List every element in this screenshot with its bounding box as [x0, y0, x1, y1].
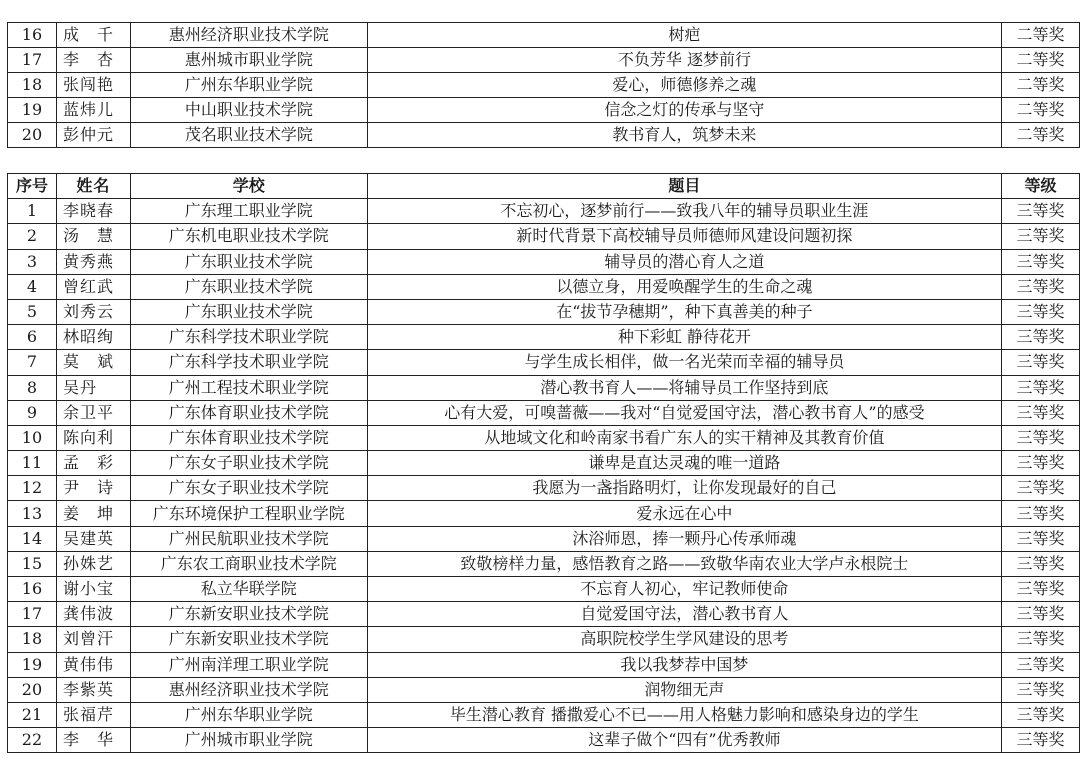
cell-title: 潜心教书育人——将辅导员工作坚持到底 — [367, 375, 1001, 400]
cell-school: 广东职业技术学院 — [130, 299, 367, 324]
cell-level: 三等奖 — [1002, 551, 1080, 576]
cell-no: 20 — [8, 123, 57, 148]
cell-level: 二等奖 — [1002, 48, 1080, 73]
cell-school: 广州城市职业学院 — [130, 728, 367, 753]
cell-name: 成 千 — [56, 23, 130, 48]
cell-school: 惠州经济职业技术学院 — [130, 677, 367, 702]
cell-title: 爱永远在心中 — [367, 501, 1001, 526]
cell-level: 三等奖 — [1002, 501, 1080, 526]
cell-school: 广东女子职业技术学院 — [130, 451, 367, 476]
table-row: 14吴建英广州民航职业技术学院沐浴师恩，捧一颗丹心传承师魂三等奖 — [8, 526, 1080, 551]
cell-no: 3 — [8, 249, 57, 274]
table-row: 11孟 彩广东女子职业技术学院谦卑是直达灵魂的唯一道路三等奖 — [8, 451, 1080, 476]
table-row: 15孙姝艺广东农工商职业技术学院致敬榜样力量，感悟教育之路——致敬华南农业大学卢… — [8, 551, 1080, 576]
cell-no: 8 — [8, 375, 57, 400]
cell-school: 广州东华职业学院 — [130, 702, 367, 727]
cell-name: 彭仲元 — [56, 123, 130, 148]
cell-no: 5 — [8, 299, 57, 324]
cell-name: 谢小宝 — [56, 577, 130, 602]
cell-school: 广州工程技术职业学院 — [130, 375, 367, 400]
cell-title: 新时代背景下高校辅导员师德师风建设问题初探 — [367, 224, 1001, 249]
cell-no: 17 — [8, 602, 57, 627]
cell-school: 茂名职业技术学院 — [130, 123, 367, 148]
cell-no: 13 — [8, 501, 57, 526]
cell-level: 三等奖 — [1002, 350, 1080, 375]
cell-title: 从地域文化和岭南家书看广东人的实干精神及其教育价值 — [367, 425, 1001, 450]
cell-title: 不忘育人初心，牢记教师使命 — [367, 577, 1001, 602]
cell-level: 三等奖 — [1002, 400, 1080, 425]
cell-level: 三等奖 — [1002, 627, 1080, 652]
table-row: 16谢小宝私立华联学院不忘育人初心，牢记教师使命三等奖 — [8, 577, 1080, 602]
cell-no: 15 — [8, 551, 57, 576]
table-row: 1李晓春广东理工职业学院不忘初心，逐梦前行——致我八年的辅导员职业生涯三等奖 — [8, 199, 1080, 224]
cell-title: 沐浴师恩，捧一颗丹心传承师魂 — [367, 526, 1001, 551]
table-row: 17李 杏惠州城市职业学院不负芳华 逐梦前行二等奖 — [8, 48, 1080, 73]
cell-name: 吴丹 — [56, 375, 130, 400]
cell-school: 广东新安职业技术学院 — [130, 627, 367, 652]
table-row: 18刘曾汗广东新安职业技术学院高职院校学生学风建设的思考三等奖 — [8, 627, 1080, 652]
cell-name: 孙姝艺 — [56, 551, 130, 576]
cell-school: 广东职业技术学院 — [130, 249, 367, 274]
cell-title: 树疤 — [367, 23, 1001, 48]
cell-title: 谦卑是直达灵魂的唯一道路 — [367, 451, 1001, 476]
cell-no: 4 — [8, 274, 57, 299]
cell-school: 广东体育职业技术学院 — [130, 400, 367, 425]
cell-title: 润物细无声 — [367, 677, 1001, 702]
cell-no: 11 — [8, 451, 57, 476]
award-table-third-prize: 序号 姓名 学校 题目 等级 1李晓春广东理工职业学院不忘初心，逐梦前行——致我… — [7, 173, 1080, 753]
cell-title: 教书育人，筑梦未来 — [367, 123, 1001, 148]
cell-name: 汤 慧 — [56, 224, 130, 249]
cell-level: 二等奖 — [1002, 73, 1080, 98]
cell-name: 李 杏 — [56, 48, 130, 73]
cell-school: 广东机电职业技术学院 — [130, 224, 367, 249]
cell-level: 三等奖 — [1002, 249, 1080, 274]
cell-no: 19 — [8, 98, 57, 123]
cell-title: 我愿为一盏指路明灯，让你发现最好的自己 — [367, 476, 1001, 501]
cell-title: 以德立身，用爱唤醒学生的生命之魂 — [367, 274, 1001, 299]
cell-title: 与学生成长相伴，做一名光荣而幸福的辅导员 — [367, 350, 1001, 375]
table-row: 16成 千惠州经济职业技术学院树疤二等奖 — [8, 23, 1080, 48]
cell-school: 惠州经济职业技术学院 — [130, 23, 367, 48]
cell-name: 龚伟波 — [56, 602, 130, 627]
cell-no: 22 — [8, 728, 57, 753]
table-row: 5刘秀云广东职业技术学院在“拔节孕穗期”，种下真善美的种子三等奖 — [8, 299, 1080, 324]
cell-no: 16 — [8, 23, 57, 48]
cell-name: 张闯艳 — [56, 73, 130, 98]
table-row: 20李紫英惠州经济职业技术学院润物细无声三等奖 — [8, 677, 1080, 702]
cell-level: 三等奖 — [1002, 476, 1080, 501]
cell-level: 三等奖 — [1002, 451, 1080, 476]
award-table-second-prize-continued: 16成 千惠州经济职业技术学院树疤二等奖17李 杏惠州城市职业学院不负芳华 逐梦… — [7, 22, 1080, 148]
cell-name: 孟 彩 — [56, 451, 130, 476]
table-row: 13姜 坤广东环境保护工程职业学院爱永远在心中三等奖 — [8, 501, 1080, 526]
cell-title: 毕生潜心教育 播撒爱心不已——用人格魅力影响和感染身边的学生 — [367, 702, 1001, 727]
cell-level: 三等奖 — [1002, 299, 1080, 324]
cell-school: 广东新安职业技术学院 — [130, 602, 367, 627]
table-row: 19黄伟伟广州南洋理工职业学院我以我梦荐中国梦三等奖 — [8, 652, 1080, 677]
cell-name: 莫 斌 — [56, 350, 130, 375]
cell-name: 李 华 — [56, 728, 130, 753]
cell-no: 10 — [8, 425, 57, 450]
cell-title: 不负芳华 逐梦前行 — [367, 48, 1001, 73]
cell-name: 姜 坤 — [56, 501, 130, 526]
table-row: 18张闯艳广州东华职业学院爱心，师德修养之魂二等奖 — [8, 73, 1080, 98]
cell-no: 7 — [8, 350, 57, 375]
cell-no: 6 — [8, 325, 57, 350]
table-row: 6林昭绚广东科学技术职业学院种下彩虹 静待花开三等奖 — [8, 325, 1080, 350]
table-row: 22李 华广州城市职业学院这辈子做个“四有”优秀教师三等奖 — [8, 728, 1080, 753]
cell-school: 广东科学技术职业学院 — [130, 325, 367, 350]
table-row: 10陈向利广东体育职业技术学院从地域文化和岭南家书看广东人的实干精神及其教育价值… — [8, 425, 1080, 450]
cell-school: 广东体育职业技术学院 — [130, 425, 367, 450]
header-level: 等级 — [1002, 174, 1080, 199]
table-row: 8吴丹广州工程技术职业学院潜心教书育人——将辅导员工作坚持到底三等奖 — [8, 375, 1080, 400]
cell-title: 种下彩虹 静待花开 — [367, 325, 1001, 350]
cell-level: 三等奖 — [1002, 375, 1080, 400]
cell-name: 黄秀燕 — [56, 249, 130, 274]
cell-name: 李晓春 — [56, 199, 130, 224]
table-row: 21张福芹广州东华职业学院毕生潜心教育 播撒爱心不已——用人格魅力影响和感染身边… — [8, 702, 1080, 727]
cell-title: 辅导员的潜心育人之道 — [367, 249, 1001, 274]
cell-level: 三等奖 — [1002, 677, 1080, 702]
cell-name: 吴建英 — [56, 526, 130, 551]
cell-title: 在“拔节孕穗期”，种下真善美的种子 — [367, 299, 1001, 324]
cell-title: 信念之灯的传承与坚守 — [367, 98, 1001, 123]
table-header-row: 序号 姓名 学校 题目 等级 — [8, 174, 1080, 199]
cell-title: 高职院校学生学风建设的思考 — [367, 627, 1001, 652]
table-row: 4曾红武广东职业技术学院以德立身，用爱唤醒学生的生命之魂三等奖 — [8, 274, 1080, 299]
cell-level: 三等奖 — [1002, 224, 1080, 249]
table-row: 20彭仲元茂名职业技术学院教书育人，筑梦未来二等奖 — [8, 123, 1080, 148]
cell-level: 三等奖 — [1002, 702, 1080, 727]
cell-level: 三等奖 — [1002, 602, 1080, 627]
cell-level: 三等奖 — [1002, 274, 1080, 299]
cell-no: 1 — [8, 199, 57, 224]
cell-no: 9 — [8, 400, 57, 425]
cell-title: 不忘初心，逐梦前行——致我八年的辅导员职业生涯 — [367, 199, 1001, 224]
cell-name: 曾红武 — [56, 274, 130, 299]
cell-no: 19 — [8, 652, 57, 677]
cell-name: 李紫英 — [56, 677, 130, 702]
header-title: 题目 — [367, 174, 1001, 199]
table-row: 17龚伟波广东新安职业技术学院自觉爱国守法，潜心教书育人三等奖 — [8, 602, 1080, 627]
cell-level: 三等奖 — [1002, 728, 1080, 753]
cell-no: 14 — [8, 526, 57, 551]
cell-name: 陈向利 — [56, 425, 130, 450]
table-row: 3黄秀燕广东职业技术学院辅导员的潜心育人之道三等奖 — [8, 249, 1080, 274]
cell-no: 18 — [8, 627, 57, 652]
table-row: 19蓝炜儿中山职业技术学院信念之灯的传承与坚守二等奖 — [8, 98, 1080, 123]
cell-no: 21 — [8, 702, 57, 727]
cell-school: 广州东华职业学院 — [130, 73, 367, 98]
cell-name: 林昭绚 — [56, 325, 130, 350]
table-row: 9余卫平广东体育职业技术学院心有大爱，可嗅蔷薇——我对“自觉爱国守法，潜心教书育… — [8, 400, 1080, 425]
table-row: 12尹 诗广东女子职业技术学院我愿为一盏指路明灯，让你发现最好的自己三等奖 — [8, 476, 1080, 501]
header-no: 序号 — [8, 174, 57, 199]
cell-school: 广东农工商职业技术学院 — [130, 551, 367, 576]
cell-level: 二等奖 — [1002, 23, 1080, 48]
cell-school: 广东环境保护工程职业学院 — [130, 501, 367, 526]
cell-name: 余卫平 — [56, 400, 130, 425]
cell-name: 刘秀云 — [56, 299, 130, 324]
cell-level: 三等奖 — [1002, 199, 1080, 224]
cell-school: 广东女子职业技术学院 — [130, 476, 367, 501]
cell-title: 这辈子做个“四有”优秀教师 — [367, 728, 1001, 753]
cell-title: 致敬榜样力量，感悟教育之路——致敬华南农业大学卢永根院士 — [367, 551, 1001, 576]
cell-title: 爱心，师德修养之魂 — [367, 73, 1001, 98]
cell-school: 广东理工职业学院 — [130, 199, 367, 224]
cell-no: 17 — [8, 48, 57, 73]
cell-title: 我以我梦荐中国梦 — [367, 652, 1001, 677]
cell-no: 12 — [8, 476, 57, 501]
cell-level: 二等奖 — [1002, 98, 1080, 123]
cell-title: 心有大爱，可嗅蔷薇——我对“自觉爱国守法，潜心教书育人”的感受 — [367, 400, 1001, 425]
cell-school: 广东科学技术职业学院 — [130, 350, 367, 375]
cell-title: 自觉爱国守法，潜心教书育人 — [367, 602, 1001, 627]
cell-school: 广州民航职业技术学院 — [130, 526, 367, 551]
cell-school: 私立华联学院 — [130, 577, 367, 602]
cell-name: 蓝炜儿 — [56, 98, 130, 123]
cell-level: 三等奖 — [1002, 652, 1080, 677]
cell-school: 广州南洋理工职业学院 — [130, 652, 367, 677]
header-school: 学校 — [130, 174, 367, 199]
cell-name: 刘曾汗 — [56, 627, 130, 652]
table-row: 2汤 慧广东机电职业技术学院新时代背景下高校辅导员师德师风建设问题初探三等奖 — [8, 224, 1080, 249]
cell-level: 三等奖 — [1002, 325, 1080, 350]
cell-level: 三等奖 — [1002, 425, 1080, 450]
cell-level: 三等奖 — [1002, 577, 1080, 602]
cell-level: 二等奖 — [1002, 123, 1080, 148]
header-name: 姓名 — [56, 174, 130, 199]
cell-name: 尹 诗 — [56, 476, 130, 501]
cell-school: 中山职业技术学院 — [130, 98, 367, 123]
cell-name: 张福芹 — [56, 702, 130, 727]
cell-school: 惠州城市职业学院 — [130, 48, 367, 73]
cell-level: 三等奖 — [1002, 526, 1080, 551]
cell-no: 18 — [8, 73, 57, 98]
table-row: 7莫 斌广东科学技术职业学院与学生成长相伴，做一名光荣而幸福的辅导员三等奖 — [8, 350, 1080, 375]
cell-school: 广东职业技术学院 — [130, 274, 367, 299]
cell-no: 16 — [8, 577, 57, 602]
cell-no: 2 — [8, 224, 57, 249]
cell-name: 黄伟伟 — [56, 652, 130, 677]
cell-no: 20 — [8, 677, 57, 702]
